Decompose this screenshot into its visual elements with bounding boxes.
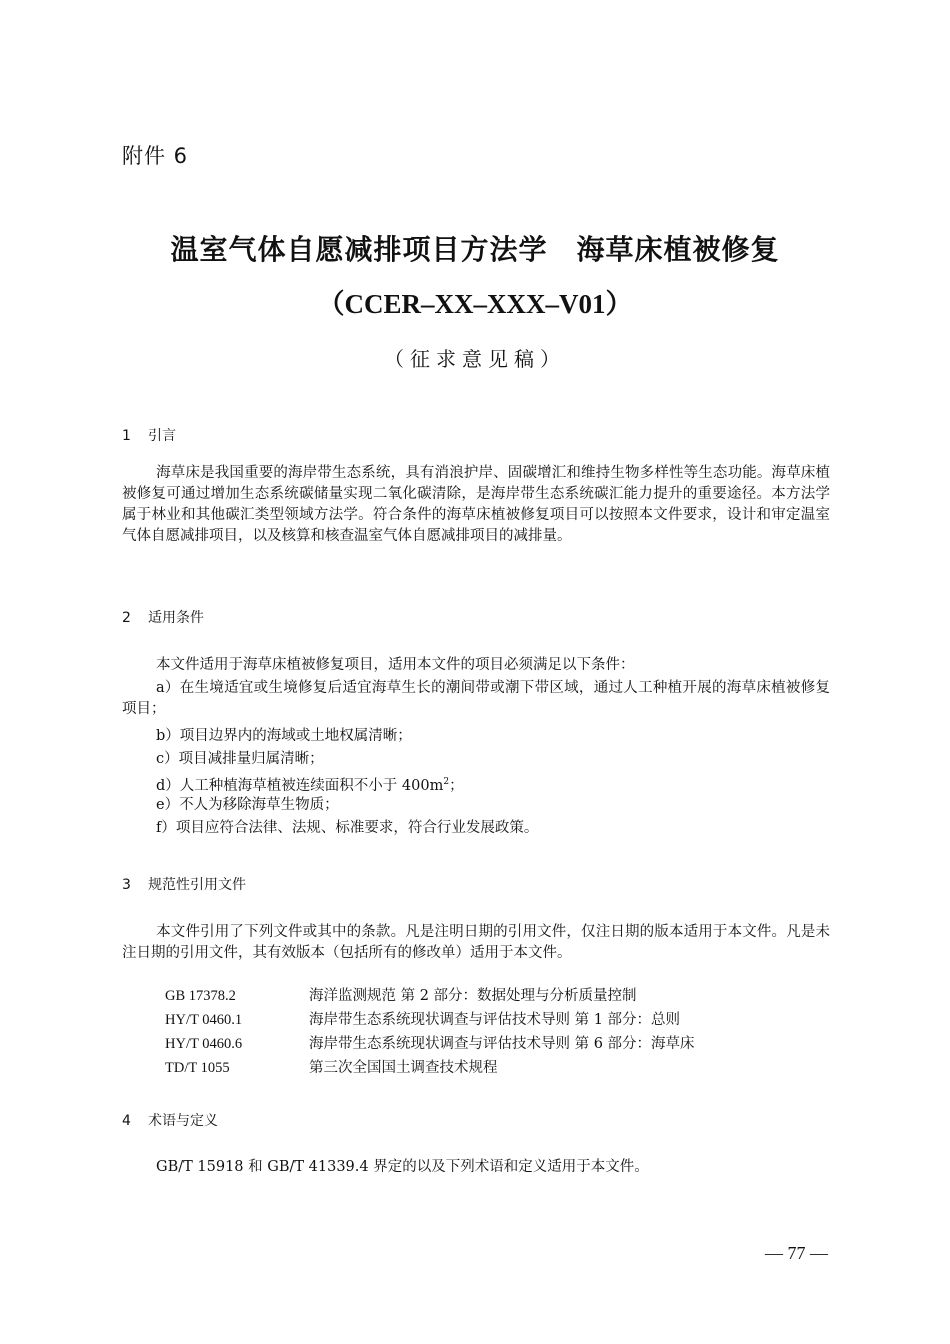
section-heading-4: 4术语与定义 [122, 1110, 218, 1130]
section-number: 1 [122, 428, 148, 444]
reference-title: 海岸带生态系统现状调查与评估技术导则 第 1 部分：总则 [309, 1012, 680, 1028]
punctuation: ； [449, 778, 464, 794]
reference-title: 第三次全国国土调查技术规程 [309, 1060, 498, 1076]
document-title: 温室气体自愿减排项目方法学 海草床植被修复 [0, 228, 950, 268]
section-1-paragraph: 海草床是我国重要的海岸带生态系统，具有消浪护岸、固碳增汇和维持生物多样性等生态功… [122, 463, 830, 547]
section-number: 4 [122, 1113, 148, 1129]
section-heading-2: 2适用条件 [122, 607, 204, 627]
condition-text: a）在生境适宜或生境修复后适宜海草生长的潮间带或潮下带区域，通过人工种植开展的海… [122, 680, 830, 717]
condition-item-b: b）项目边界内的海域或土地权属清晰； [156, 726, 412, 747]
condition-item-a: a）在生境适宜或生境修复后适宜海草生长的潮间带或潮下带区域，通过人工种植开展的海… [122, 678, 830, 720]
condition-item-c: c）项目减排量归属清晰； [156, 749, 324, 770]
condition-item-f: f）项目应符合法律、法规、标准要求，符合行业发展政策。 [156, 818, 538, 839]
section-title: 适用条件 [148, 610, 204, 626]
section-number: 2 [122, 610, 148, 626]
condition-item-e: e）不人为移除海草生物质； [156, 795, 339, 816]
reference-row: HY/T 0460.6海岸带生态系统现状调查与评估技术导则 第 6 部分：海草床 [165, 1032, 695, 1056]
document-status: （征求意见稿） [0, 343, 950, 372]
section-title: 术语与定义 [148, 1113, 218, 1129]
section-number: 3 [122, 877, 148, 893]
reference-title: 海岸带生态系统现状调查与评估技术导则 第 6 部分：海草床 [309, 1036, 695, 1052]
reference-title: 海洋监测规范 第 2 部分：数据处理与分析质量控制 [309, 988, 637, 1004]
condition-text: d）人工种植海草植被连续面积不小于 400m [156, 778, 443, 794]
section-title: 引言 [148, 428, 176, 444]
reference-code: HY/T 0460.6 [165, 1032, 309, 1056]
condition-item-d: d）人工种植海草植被连续面积不小于 400m2； [156, 772, 464, 797]
reference-row: GB 17378.2海洋监测规范 第 2 部分：数据处理与分析质量控制 [165, 984, 637, 1008]
section-3-paragraph: 本文件引用了下列文件或其中的条款。凡是注明日期的引用文件，仅注日期的版本适用于本… [122, 922, 830, 964]
reference-row: HY/T 0460.1海岸带生态系统现状调查与评估技术导则 第 1 部分：总则 [165, 1008, 680, 1032]
section-heading-1: 1引言 [122, 425, 176, 445]
page-number: — 77 — [765, 1243, 828, 1264]
reference-code: GB 17378.2 [165, 984, 309, 1008]
section-4-paragraph: GB/T 15918 和 GB/T 41339.4 界定的以及下列术语和定义适用… [156, 1157, 649, 1178]
section-title: 规范性引用文件 [148, 877, 246, 893]
paragraph-text: 本文件引用了下列文件或其中的条款。凡是注明日期的引用文件，仅注日期的版本适用于本… [122, 924, 830, 961]
attachment-label: 附件 6 [122, 140, 188, 170]
reference-code: TD/T 1055 [165, 1056, 309, 1080]
section-2-intro: 本文件适用于海草床植被修复项目，适用本文件的项目必须满足以下条件： [156, 655, 635, 676]
reference-code: HY/T 0460.1 [165, 1008, 309, 1032]
document-code: （CCER–XX–XXX–V01） [0, 282, 950, 321]
paragraph-text: 海草床是我国重要的海岸带生态系统，具有消浪护岸、固碳增汇和维持生物多样性等生态功… [122, 465, 830, 544]
reference-row: TD/T 1055第三次全国国土调查技术规程 [165, 1056, 498, 1080]
section-heading-3: 3规范性引用文件 [122, 874, 246, 894]
